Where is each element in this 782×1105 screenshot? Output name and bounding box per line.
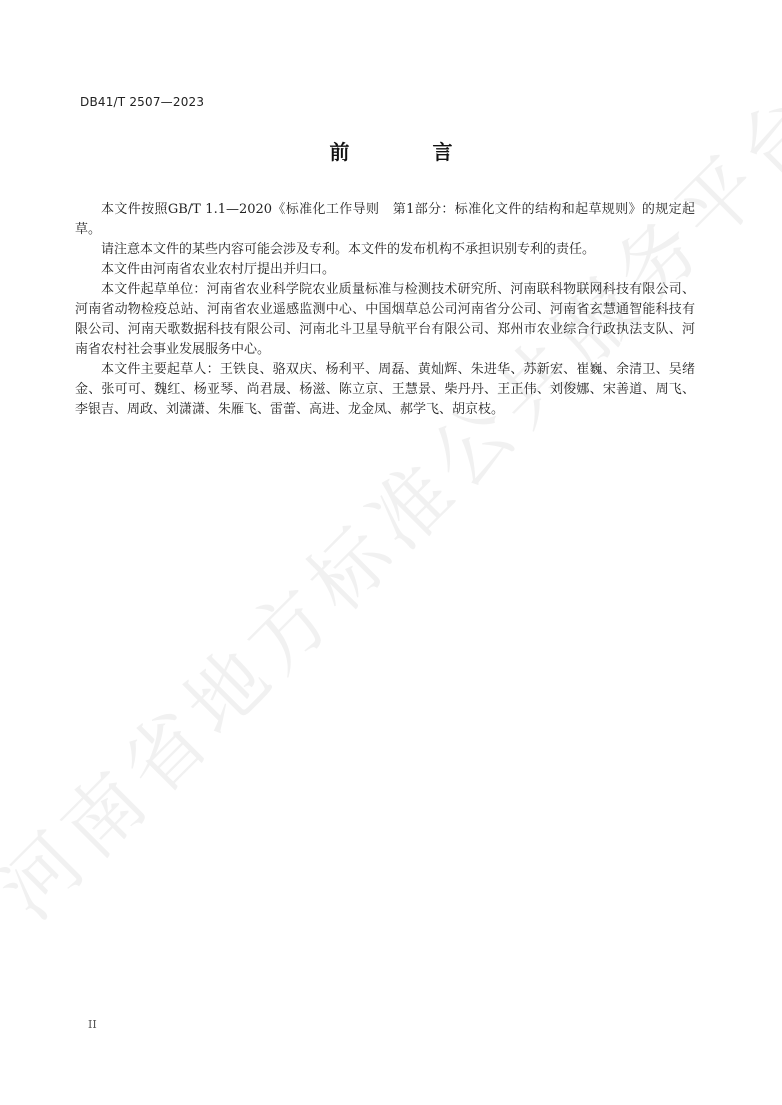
page-title: 前 言: [0, 136, 782, 165]
paragraph-drafting-units: 本文件起草单位：河南省农业科学院农业质量标准与检测技术研究所、河南联科物联网科技…: [75, 280, 695, 360]
document-page: 河南省地方标准公共服务平台 DB41/T 2507—2023 前 言 本文件按照…: [0, 0, 782, 1105]
paragraph-patent-notice: 请注意本文件的某些内容可能会涉及专利。本文件的发布机构不承担识别专利的责任。: [75, 240, 695, 260]
standard-code: DB41/T 2507—2023: [80, 95, 204, 109]
paragraph-proposer: 本文件由河南省农业农村厅提出并归口。: [75, 260, 695, 280]
paragraph-drafters: 本文件主要起草人：王铁良、骆双庆、杨利平、周磊、黄灿辉、朱进华、苏新宏、崔巍、余…: [75, 360, 695, 420]
page-number: II: [88, 1018, 97, 1031]
paragraph-drafting-rules: 本文件按照GB/T 1.1—2020《标准化工作导则 第1部分：标准化文件的结构…: [75, 200, 695, 240]
foreword-body: 本文件按照GB/T 1.1—2020《标准化工作导则 第1部分：标准化文件的结构…: [75, 200, 695, 420]
